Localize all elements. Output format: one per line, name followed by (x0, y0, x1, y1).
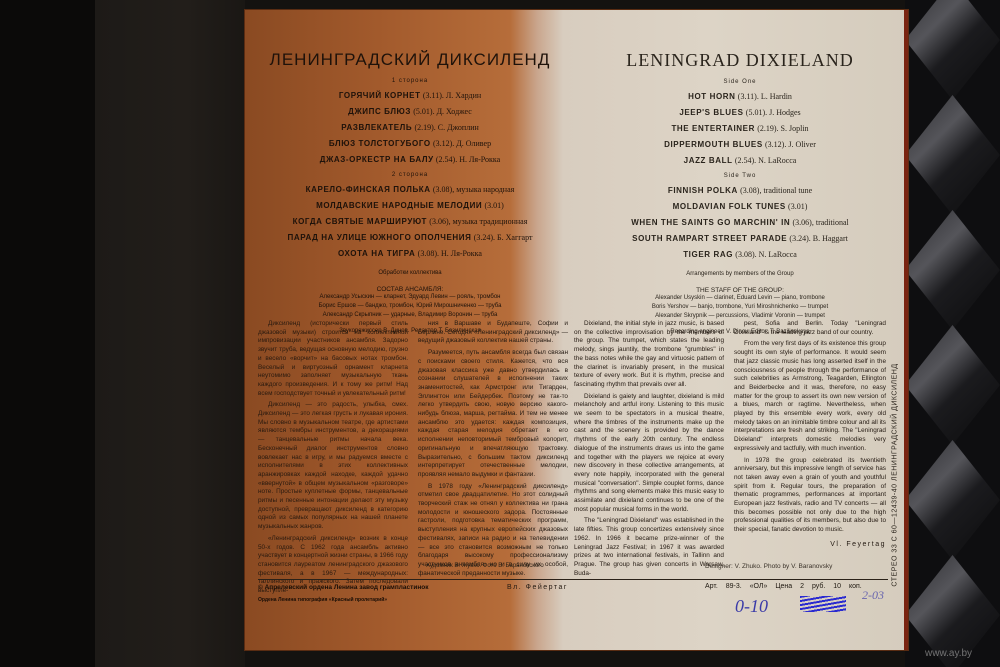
ru-side2-track: ПАРАД НА УЛИЦЕ ЮЖНОГО ОПОЛЧЕНИЯ (3.24). … (250, 230, 570, 246)
liner-paragraph: Диксиленд (исторически первый стиль джаз… (258, 320, 408, 398)
catalog-info: Арт. 89-3. «ОЛ» Цена 2 руб. 10 коп. (705, 583, 862, 590)
track-title: ОХОТА НА ТИГРА (338, 249, 415, 258)
track-title: ГОРЯЧИЙ КОРНЕТ (339, 91, 421, 100)
staff-line: Boris Yershov — banjo, trombone, Yuri Mi… (585, 303, 895, 312)
track-title: JEEP'S BLUES (679, 108, 743, 117)
ru-side2-track: МОЛДАВСКИЕ НАРОДНЫЕ МЕЛОДИИ (3.01) (250, 198, 570, 214)
signature: Vl. Feyertag (734, 541, 886, 550)
staff-title-en: THE STAFF OF THE GROUP: (585, 287, 895, 294)
track-title: HOT HORN (688, 92, 735, 101)
en-side2-track: FINNISH POLKA (3.08), traditional tune (585, 183, 895, 199)
track-title: КОГДА СВЯТЫЕ МАРШИРУЮТ (293, 217, 427, 226)
liner-paragraph: Dixieland is gaiety and laughter, dixiel… (574, 393, 724, 515)
liner-paragraph: Dixieland, the initial style in jazz mus… (574, 320, 724, 390)
track-meta: (3.06), traditional (793, 218, 849, 227)
track-meta: (3.12). J. Oliver (765, 140, 816, 149)
track-title: SOUTH RAMPART STREET PARADE (632, 234, 787, 243)
en-side1-track: THE ENTERTAINER (2.19). S. Joplin (585, 121, 895, 137)
side1-label-ru: 1 сторона (250, 78, 570, 84)
liner-notes-ru-col1: Диксиленд (исторически первый стиль джаз… (258, 320, 408, 599)
watermark: www.ay.by (925, 648, 972, 659)
track-title: КАРЕЛО-ФИНСКАЯ ПОЛЬКА (306, 185, 431, 194)
track-title: ПАРАД НА УЛИЦЕ ЮЖНОГО ОПОЛЧЕНИЯ (288, 233, 472, 242)
en-side2-track: TIGER RAG (3.08). N. LaRocca (585, 247, 895, 263)
track-title: БЛЮЗ ТОЛСТОГУБОГО (329, 139, 431, 148)
side1-label-en: Side One (585, 79, 895, 85)
track-meta: (3.12). Д. Оливер (433, 139, 491, 148)
article-number: Арт. 89-3. (705, 583, 742, 590)
publisher: © Апрелевский ордена Ленина завод грампл… (258, 584, 428, 591)
en-side1-track: HOT HORN (3.11). L. Hardin (585, 89, 895, 105)
liner-paragraph: Разумеется, путь ансамбля всегда был свя… (418, 349, 568, 480)
ru-side1-track: БЛЮЗ ТОЛСТОГУБОГО (3.12). Д. Оливер (250, 136, 570, 152)
track-meta: (3.11). L. Hardin (738, 92, 792, 101)
track-meta: (3.01) (485, 201, 504, 210)
dark-wall (95, 0, 245, 667)
russian-tracklist: ЛЕНИНГРАДСКИЙ ДИКСИЛЕНД 1 сторона ГОРЯЧИ… (250, 40, 570, 334)
track-title: TIGER RAG (683, 250, 733, 259)
printer: Ордена Ленина типография «Красный пролет… (258, 597, 387, 603)
ru-side1-track: ГОРЯЧИЙ КОРНЕТ (3.11). Л. Хардин (250, 88, 570, 104)
ink-scribble (800, 596, 846, 612)
liner-paragraph: The "Leningrad Dixieland" was establishe… (574, 517, 724, 578)
track-title: ДЖАЗ-ОРКЕСТР НА БАЛУ (320, 155, 434, 164)
track-meta: (3.08). Н. Ля-Рокка (418, 249, 482, 258)
ru-side2-track: КАРЕЛО-ФИНСКАЯ ПОЛЬКА (3.08), музыка нар… (250, 182, 570, 198)
en-side2-track: MOLDAVIAN FOLK TUNES (3.01) (585, 199, 895, 215)
price: Цена 2 руб. 10 коп. (775, 583, 861, 590)
liner-notes-ru-col2: ния в Варшаве и Будапеште, Софии и Берли… (418, 320, 568, 593)
track-meta: (5.01). Д. Ходжес (413, 107, 472, 116)
arrangements-en: Arrangements by members of the Group (585, 271, 895, 277)
track-title: РАЗВЛЕКАТЕЛЬ (341, 123, 412, 132)
track-meta: (2.54). Н. Ля-Рокка (436, 155, 500, 164)
track-title: МОЛДАВСКИЕ НАРОДНЫЕ МЕЛОДИИ (316, 201, 482, 210)
ru-side1-track: ДЖАЗ-ОРКЕСТР НА БАЛУ (2.54). Н. Ля-Рокка (250, 152, 570, 168)
track-title: ДЖИПС БЛЮЗ (348, 107, 411, 116)
staff-line: Alexander Usyskin — clarinet, Eduard Lev… (585, 294, 895, 303)
ru-side2-track: ОХОТА НА ТИГРА (3.08). Н. Ля-Рокка (250, 246, 570, 262)
liner-paragraph: In 1978 the group celebrated its twentie… (734, 457, 886, 535)
handwritten-note: 2-03 (862, 588, 884, 603)
signature: Вл. Фейертаг (418, 584, 568, 593)
liner-notes-en-col1: Dixieland, the initial style in jazz mus… (574, 320, 724, 581)
liner-paragraph: pest, Sofia and Berlin. Today "Leningrad… (734, 320, 886, 337)
track-title: MOLDAVIAN FOLK TUNES (673, 202, 786, 211)
en-side1-track: JEEP'S BLUES (5.01). J. Hodges (585, 105, 895, 121)
track-title: FINNISH POLKA (668, 186, 738, 195)
track-meta: (2.54). N. LaRocca (735, 156, 797, 165)
liner-paragraph: ния в Варшаве и Будапеште, Софии и Берли… (418, 320, 568, 346)
liner-paragraph: From the very first days of its existenc… (734, 340, 886, 453)
track-meta: (5.01). J. Hodges (746, 108, 801, 117)
album-title-ru: ЛЕНИНГРАДСКИЙ ДИКСИЛЕНД (250, 50, 570, 70)
dark-background-left (0, 0, 95, 667)
track-meta: (3.11). Л. Хардин (423, 91, 481, 100)
group-code: «ОЛ» (750, 583, 768, 590)
ru-side2-track: КОГДА СВЯТЫЕ МАРШИРУЮТ (3.06), музыка тр… (250, 214, 570, 230)
spine-text: СТЕРЕО 33 С 60—12439-40 ЛЕНИНГРАДСКИЙ ДИ… (885, 330, 905, 620)
staff-title-ru: СОСТАВ АНСАМБЛЯ: (250, 286, 570, 293)
track-meta: (3.01) (788, 202, 807, 211)
english-tracklist: LENINGRAD DIXIELAND Side One HOT HORN (3… (585, 40, 895, 335)
side2-label-en: Side Two (585, 173, 895, 179)
en-side2-track: SOUTH RAMPART STREET PARADE (3.24). B. H… (585, 231, 895, 247)
track-meta: (2.19). S. Joplin (757, 124, 808, 133)
track-title: THE ENTERTAINER (671, 124, 755, 133)
acoustic-foam-panel (905, 0, 1000, 667)
staff-line: Александр Усыскин — кларнет, Эдуард Леви… (250, 293, 570, 302)
track-meta: (3.08), музыка народная (433, 185, 514, 194)
staff-line: Александр Скрыпник — ударные, Владимир В… (250, 311, 570, 320)
credits-ru: Художник В. Жувко. Фото В. Барановского (426, 563, 544, 569)
liner-paragraph: Диксиленд — это радость, улыбка, смех. Д… (258, 401, 408, 532)
track-meta: (2.19). С. Джоплин (414, 123, 478, 132)
album-title-en: LENINGRAD DIXIELAND (585, 50, 895, 71)
ru-side1-track: ДЖИПС БЛЮЗ (5.01). Д. Ходжес (250, 104, 570, 120)
en-side2-track: WHEN THE SAINTS GO MARCHIN' IN (3.06), t… (585, 215, 895, 231)
track-meta: (3.08), traditional tune (740, 186, 812, 195)
arrangements-ru: Обработки коллектива (250, 270, 570, 276)
divider-line (258, 579, 888, 580)
handwritten-price: 0-10 (735, 596, 768, 617)
track-meta: (3.06), музыка традиционная (429, 217, 527, 226)
credits-en: Designer: V. Zhuko. Photo by V. Baranovs… (705, 563, 832, 570)
track-meta: (3.24). B. Haggart (789, 234, 847, 243)
track-title: DIPPERMOUTH BLUES (664, 140, 763, 149)
staff-line: Борис Ершов — банджо, тромбон, Юрий Миро… (250, 302, 570, 311)
track-meta: (3.24). Б. Хаггарт (474, 233, 533, 242)
side2-label-ru: 2 сторона (250, 172, 570, 178)
ru-side1-track: РАЗВЛЕКАТЕЛЬ (2.19). С. Джоплин (250, 120, 570, 136)
track-title: JAZZ BALL (684, 156, 733, 165)
en-side1-track: JAZZ BALL (2.54). N. LaRocca (585, 153, 895, 169)
track-title: WHEN THE SAINTS GO MARCHIN' IN (631, 218, 790, 227)
en-side1-track: DIPPERMOUTH BLUES (3.12). J. Oliver (585, 137, 895, 153)
liner-notes-en-col2: pest, Sofia and Berlin. Today "Leningrad… (734, 320, 886, 550)
track-meta: (3.08). N. LaRocca (735, 250, 797, 259)
